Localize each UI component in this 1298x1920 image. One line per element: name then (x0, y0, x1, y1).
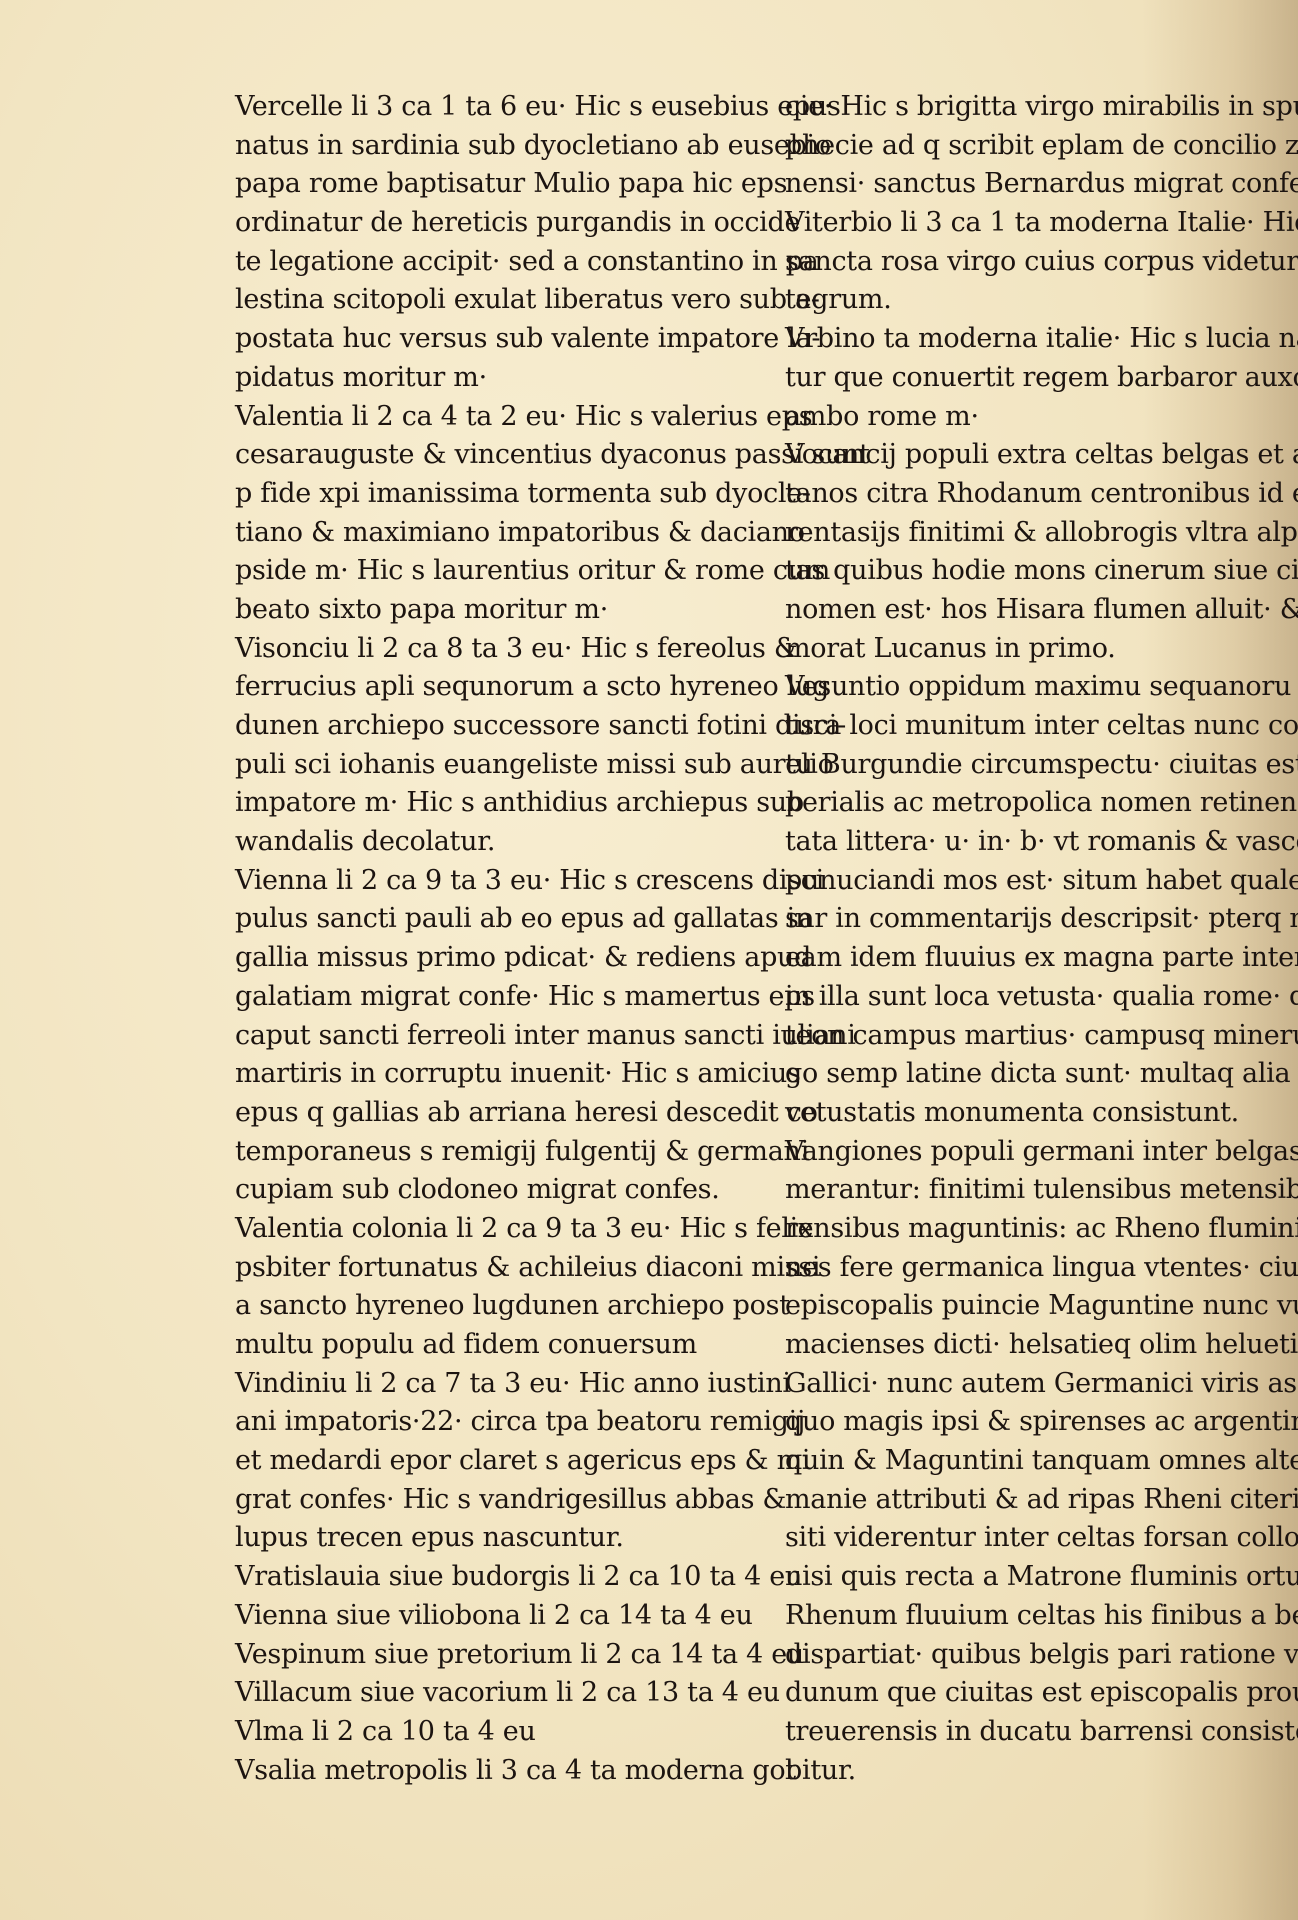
text-line: pulus sancti pauli ab eo epus ad gallata… (235, 900, 705, 939)
text-line: tura loci munitum inter celtas nunc comi… (785, 707, 1255, 746)
text-line: dispartiat· quibus belgis pari ratione v… (785, 1636, 1255, 1675)
text-line: a sancto hyreneo lugdunen archiepo post (235, 1287, 705, 1326)
text-line: Vespinum siue pretorium li 2 ca 14 ta 4 … (235, 1636, 705, 1675)
text-line: cie· Hic s brigitta virgo mirabilis in s… (785, 88, 1255, 127)
text-line: episcopalis puincie Maguntine nunc vuor (785, 1287, 1255, 1326)
text-line: Vocancij populi extra celtas belgas et a… (785, 436, 1255, 475)
text-line: Vangiones populi germani inter belgas nu (785, 1133, 1255, 1172)
text-line: galatiam migrat confe· Hic s mamertus ep… (235, 978, 705, 1017)
text-line: p fide xpi imanissima tormenta sub dyocl… (235, 475, 705, 514)
text-line: Vercelle li 3 ca 1 ta 6 eu· Hic s eusebi… (235, 88, 705, 127)
text-line: Vienna siue viliobona li 2 ca 14 ta 4 eu (235, 1597, 705, 1636)
text-line: Vlma li 2 ca 10 ta 4 eu (235, 1713, 705, 1752)
text-line: vetustatis monumenta consistunt. (785, 1094, 1255, 1133)
text-line: te legatione accipit· sed a constantino … (235, 243, 705, 282)
text-line: phecie ad q scribit eplam de concilio ze… (785, 127, 1255, 166)
text-line: sancta rosa virgo cuius corpus videtur i… (785, 243, 1255, 282)
text-line: Rhenum fluuium celtas his finibus a belg… (785, 1597, 1255, 1636)
text-line: Vratislauia siue budorgis li 2 ca 10 ta … (235, 1558, 705, 1597)
text-line: Gallici· nunc autem Germanici viris ascr… (785, 1365, 1255, 1404)
text-line: pside m· Hic s laurentius oritur & rome … (235, 552, 705, 591)
text-line: nisi quis recta a Matrone fluminis ortu … (785, 1558, 1255, 1597)
text-line: quin & Maguntini tanquam omnes alte ala (785, 1442, 1255, 1481)
text-line: Villacum siue vacorium li 2 ca 13 ta 4 e… (235, 1674, 705, 1713)
text-line: Visonciu li 2 ca 8 ta 3 eu· Hic s fereol… (235, 630, 705, 669)
text-line: nensi· sanctus Bernardus migrat confes. (785, 165, 1255, 204)
text-line: bitur. (785, 1752, 1255, 1791)
text-line: multu populu ad fidem conuersum (235, 1326, 705, 1365)
text-line: psbiter fortunatus & achileius diaconi m… (235, 1249, 705, 1288)
text-line: morat Lucanus in primo. (785, 630, 1255, 669)
text-line: tu Burgundie circumspectu· ciuitas est i… (785, 746, 1255, 785)
text-line: rentasijs finitimi & allobrogis vltra al… (785, 514, 1255, 553)
text-line: Vienna li 2 ca 9 ta 3 eu· Hic s crescens… (235, 862, 705, 901)
text-line: dunum que ciuitas est episcopalis prouin… (785, 1674, 1255, 1713)
text-line: merantur: finitimi tulensibus metensibus… (785, 1171, 1255, 1210)
right-text-column: cie· Hic s brigitta virgo mirabilis in s… (785, 88, 1255, 1790)
text-line: beato sixto papa moritur m· (235, 591, 705, 630)
text-line: caput sancti ferreoli inter manus sancti… (235, 1017, 705, 1056)
text-line: macienses dicti· helsatieq olim heluetia… (785, 1326, 1255, 1365)
text-line: tata littera· u· in· b· vt romanis & vas… (785, 823, 1255, 862)
text-line: nomen est· hos Hisara flumen alluit· & m… (785, 591, 1255, 630)
text-line: lupus trecen epus nascuntur. (235, 1519, 705, 1558)
text-line: ferrucius apli sequnorum a scto hyreneo … (235, 668, 705, 707)
text-line: cupiam sub clodoneo migrat confes. (235, 1171, 705, 1210)
text-line: cesarauguste & vincentius dyaconus passi… (235, 436, 705, 475)
manuscript-page: Vercelle li 3 ca 1 ta 6 eu· Hic s eusebi… (0, 0, 1298, 1920)
text-line: ordinatur de hereticis purgandis in occi… (235, 204, 705, 243)
text-line: Valentia li 2 ca 4 ta 2 eu· Hic s valeri… (235, 398, 705, 437)
text-line: ambo rome m· (785, 398, 1255, 437)
text-line: tiano & maximiano impatoribus & daciano (235, 514, 705, 553)
text-line: in illa sunt loca vetusta· qualia rome· … (785, 978, 1255, 1017)
text-line: quo magis ipsi & spirenses ac argentinen… (785, 1403, 1255, 1442)
text-line: punuciandi mos est· situm habet quale Ce (785, 862, 1255, 901)
text-line: tegrum. (785, 281, 1255, 320)
text-line: Valentia colonia li 2 ca 9 ta 3 eu· Hic … (235, 1210, 705, 1249)
text-line: nes fere germanica lingua vtentes· ciuit… (785, 1249, 1255, 1288)
text-line: et medardi epor claret s agericus eps & … (235, 1442, 705, 1481)
text-line: Vrbino ta moderna italie· Hic s lucia na… (785, 320, 1255, 359)
text-line: Viterbio li 3 ca 1 ta moderna Italie· Hi… (785, 204, 1255, 243)
text-line: tanos citra Rhodanum centronibus id est … (785, 475, 1255, 514)
text-line: ani impatoris·22· circa tpa beatoru remi… (235, 1403, 705, 1442)
text-line: natus in sardinia sub dyocletiano ab eus… (235, 127, 705, 166)
text-line: eam idem fluuius ex magna parte intersec… (785, 939, 1255, 978)
text-line: gallia missus primo pdicat· & rediens ap… (235, 939, 705, 978)
text-line: dunen archiepo successore sancti fotini … (235, 707, 705, 746)
text-line: postata huc versus sub valente impatore … (235, 320, 705, 359)
text-line: temporaneus s remigij fulgentij & german… (235, 1133, 705, 1172)
text-line: puli sci iohanis euangeliste missi sub a… (235, 746, 705, 785)
text-line: impatore m· Hic s anthidius archiepus su… (235, 784, 705, 823)
text-line: epus q gallias ab arriana heresi descedi… (235, 1094, 705, 1133)
text-line: perialis ac metropolica nomen retinens· … (785, 784, 1255, 823)
text-line: teon campus martius· campusq minerue: vu… (785, 1017, 1255, 1056)
text-line: papa rome baptisatur Mulio papa hic eps (235, 165, 705, 204)
text-line: lestina scitopoli exulat liberatus vero … (235, 281, 705, 320)
text-line: pidatus moritur m· (235, 359, 705, 398)
left-text-column: Vercelle li 3 ca 1 ta 6 eu· Hic s eusebi… (235, 88, 705, 1790)
text-line: tur que conuertit regem barbaror auxomia (785, 359, 1255, 398)
text-line: go semp latine dicta sunt· multaq alia p… (785, 1055, 1255, 1094)
text-line: Vindiniu li 2 ca 7 ta 3 eu· Hic anno ius… (235, 1365, 705, 1404)
text-line: siti viderentur inter celtas forsan coll… (785, 1519, 1255, 1558)
text-line: tas quibus hodie mons cinerum siue cines… (785, 552, 1255, 591)
text-line: manie attributi & ad ripas Rheni citerio… (785, 1481, 1255, 1520)
text-line: wandalis decolatur. (235, 823, 705, 862)
text-line: sar in commentarijs descripsit· pterq nu… (785, 900, 1255, 939)
text-line: treuerensis in ducatu barrensi consisten… (785, 1713, 1255, 1752)
text-line: grat confes· Hic s vandrigesillus abbas … (235, 1481, 705, 1520)
text-line: martiris in corruptu inuenit· Hic s amic… (235, 1055, 705, 1094)
text-line: Vsalia metropolis li 3 ca 4 ta moderna g… (235, 1752, 705, 1791)
text-line: Vesuntio oppidum maximu sequanoru na (785, 668, 1255, 707)
text-line: rensibus maguntinis: ac Rheno flumini om… (785, 1210, 1255, 1249)
